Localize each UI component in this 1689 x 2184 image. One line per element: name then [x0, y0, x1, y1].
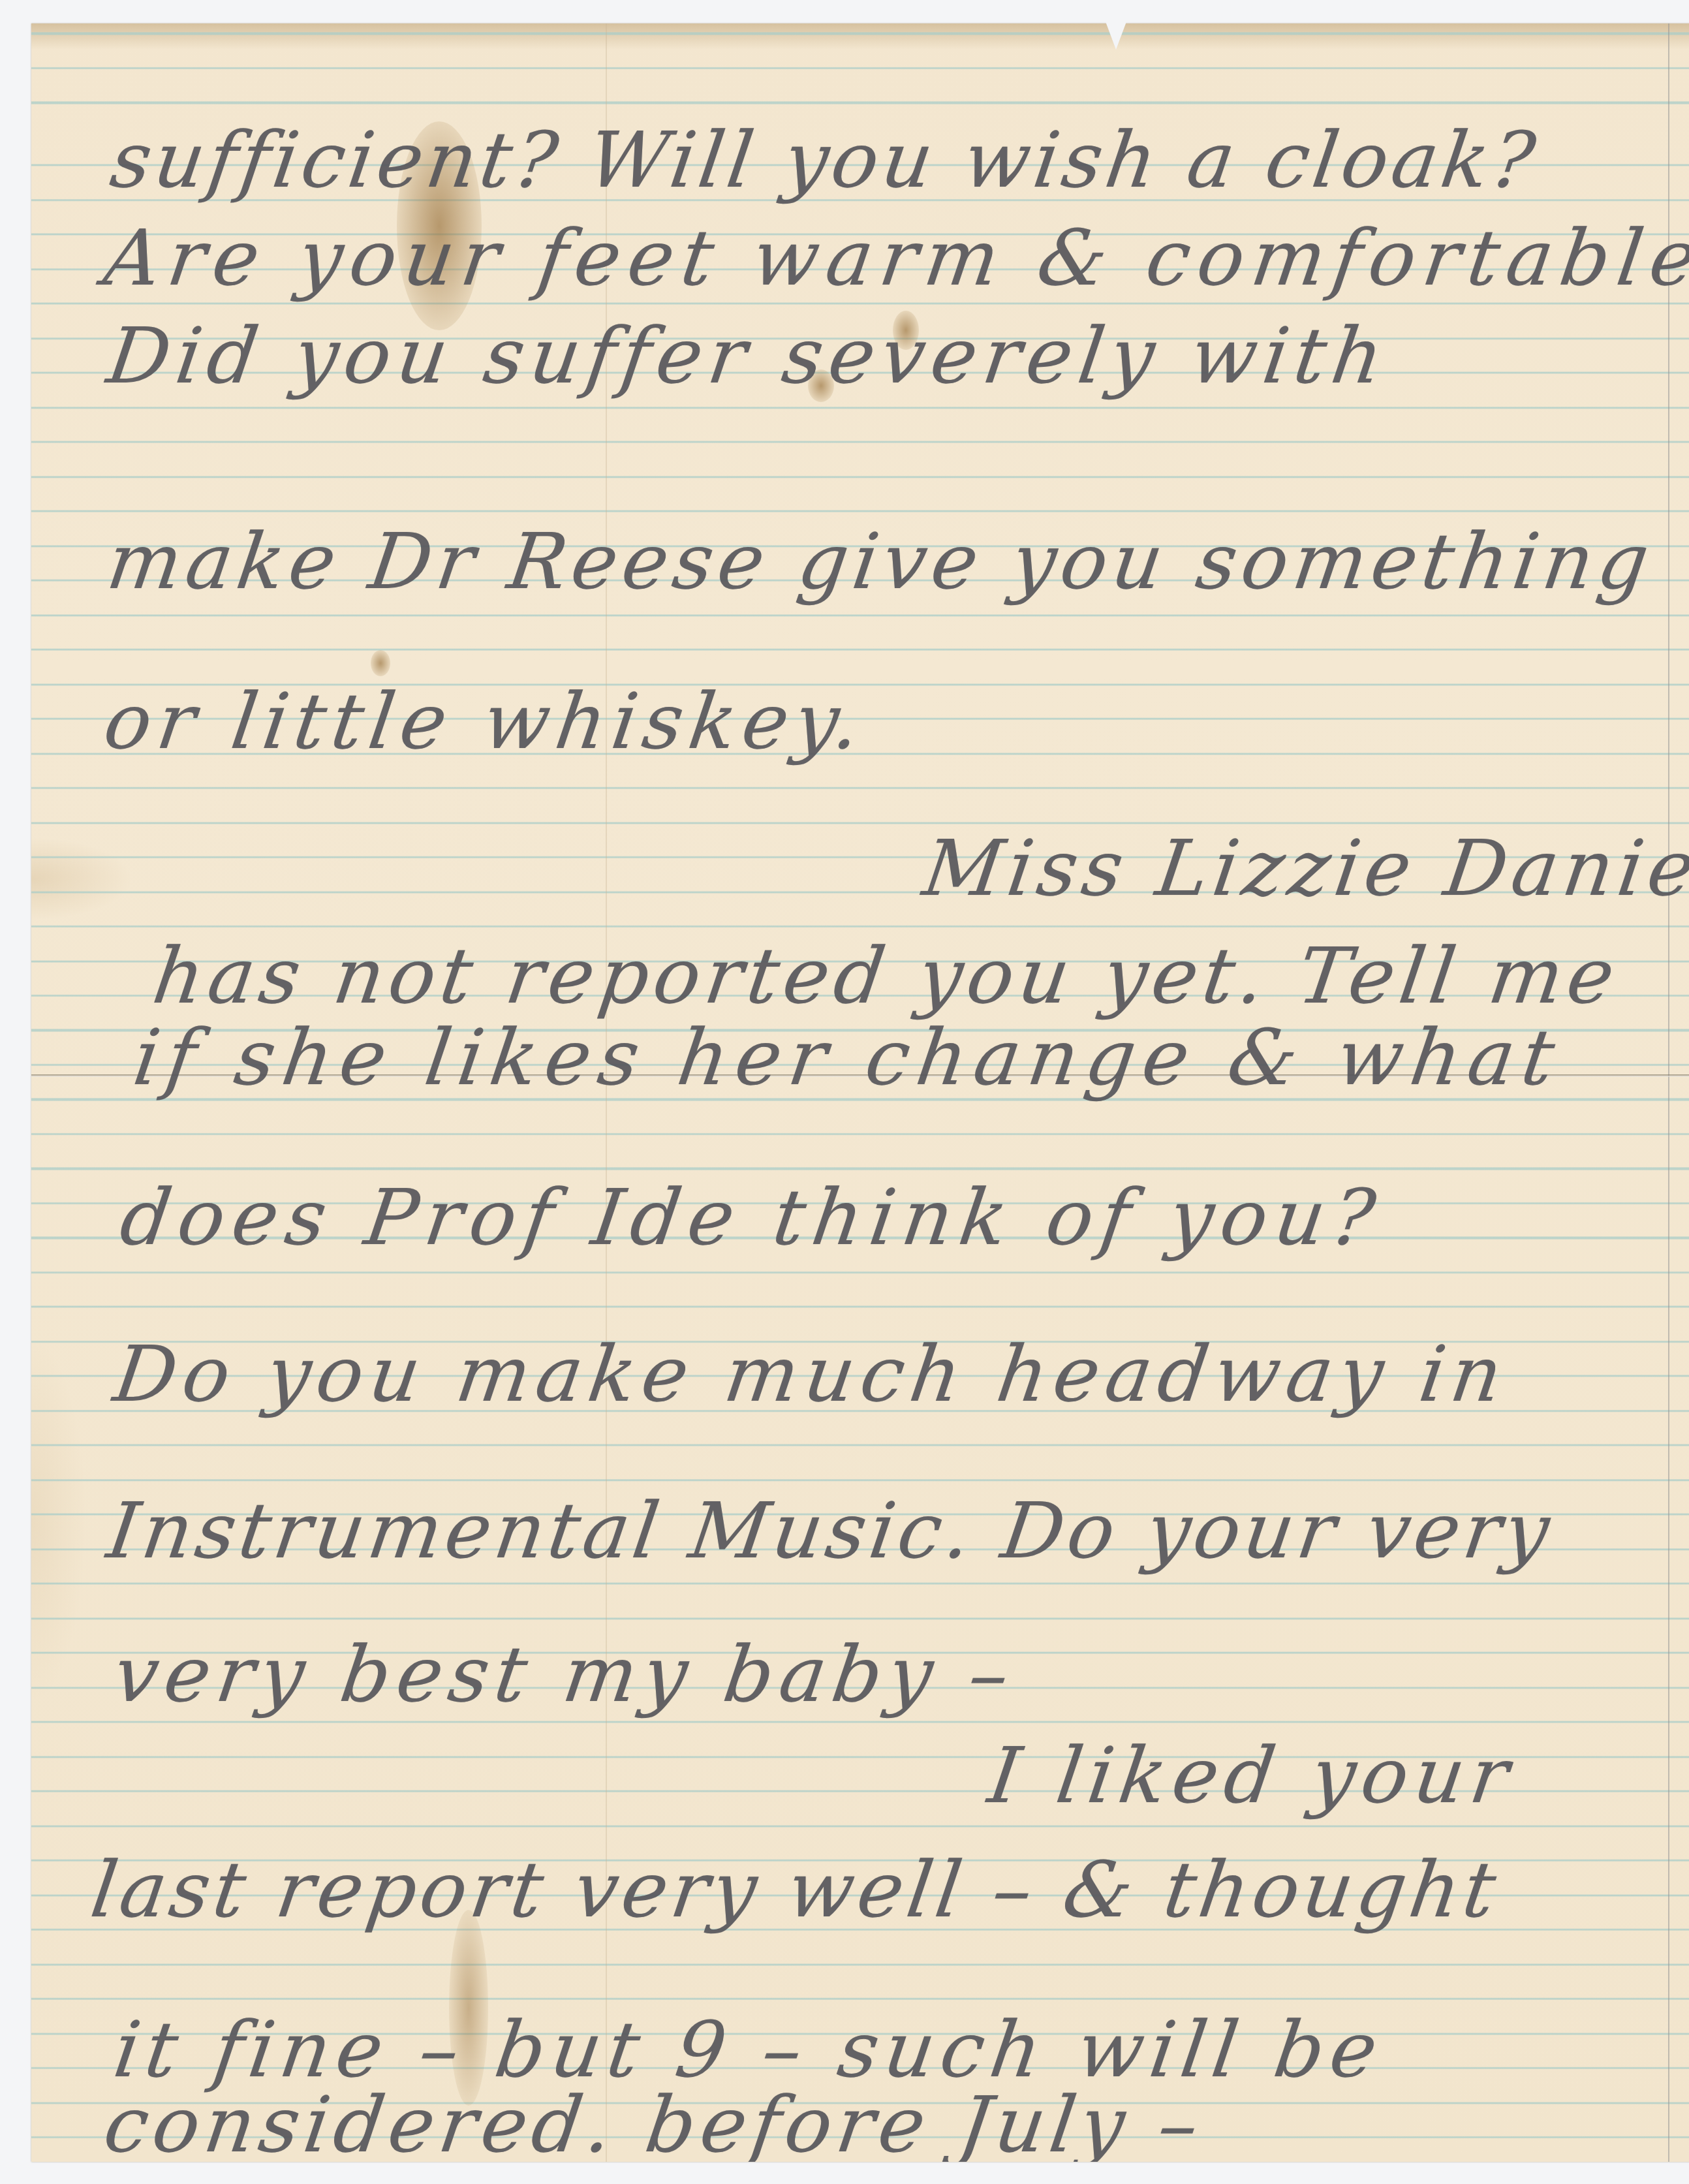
letter-line: Did you suffer severely with: [103, 317, 1394, 394]
letter-line: I liked your: [984, 1737, 1520, 1814]
water-stain: [371, 650, 390, 676]
letter-line: Miss Lizzie Daniels: [919, 830, 1689, 907]
letter-line: sufficient? Will you wish a cloak?: [106, 121, 1543, 198]
torn-notch: [1096, 0, 1136, 50]
margin-line: [1668, 23, 1669, 2162]
letter-line: make Dr Reese give you something: [103, 523, 1658, 600]
letter-line: if she likes her change & what: [129, 1019, 1567, 1096]
letter-paper: sufficient? Will you wish a cloak? Are y…: [31, 23, 1689, 2162]
letter-line: Are your feet warm & comfortable –: [100, 219, 1689, 296]
scanned-page: sufficient? Will you wish a cloak? Are y…: [0, 0, 1689, 2184]
letter-line: or little whiskey.: [100, 683, 871, 760]
letter-line: considered. before July –: [100, 2086, 1208, 2162]
letter-line: Instrumental Music. Do your very: [103, 1492, 1558, 1569]
letter-line: does Prof Ide think of you?: [116, 1179, 1387, 1256]
letter-line: last report very well – & thought: [87, 1851, 1504, 1928]
letter-line: has not reported you yet. Tell me: [149, 937, 1624, 1014]
letter-line: Do you make much headway in: [110, 1335, 1513, 1412]
letter-line: very best my baby –: [110, 1636, 1020, 1713]
letter-line: it fine – but 9 – such will be: [110, 2011, 1388, 2088]
